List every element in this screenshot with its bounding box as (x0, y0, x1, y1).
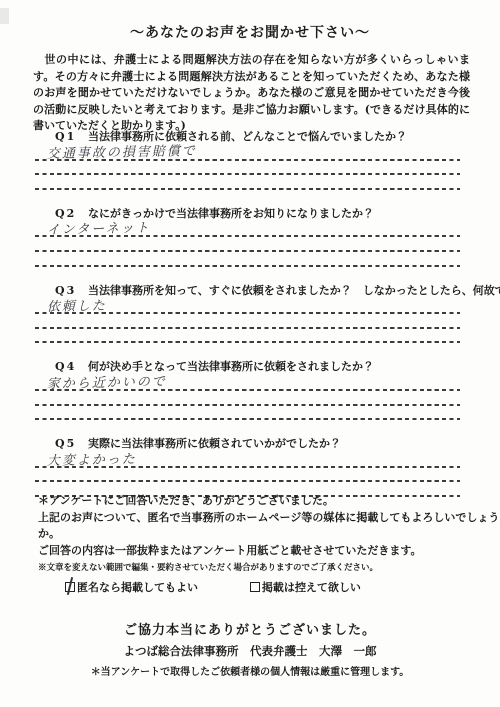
answer-line (35, 254, 460, 269)
dashed-rule (35, 341, 460, 343)
answer-line: 大変よかった (35, 455, 460, 470)
dashed-rule (35, 480, 460, 482)
choice-anonymous-ok-label: 匿名なら掲載してもよい (77, 581, 198, 594)
footer-publish-request: 上記のお声について、匿名で当事務所のホームページ等の媒体に掲載してもよろしいでし… (0, 510, 500, 543)
dashed-rule (35, 418, 460, 420)
choice-anonymous-ok: 匿名なら掲載してもよい (65, 579, 198, 595)
answer-line (35, 408, 460, 423)
question-block: Q5実際に当法律事務所に依頼されていかがでしたか？ 大変よかった (0, 435, 500, 499)
answer-area: インターネット (35, 225, 460, 269)
choice-no-publish-label: 掲載は控えて欲しい (262, 581, 361, 594)
office-signature: よつば総合法律事務所 代表弁護士 大澤 一郎 (0, 643, 500, 659)
question-block: Q4何が決め手となって当法律事務所に依頼をされましたか？ 家から近かいので (0, 358, 500, 422)
question-block: Q2なにがきっかけで当法律事務所をお知りになりましたか？ インターネット (0, 205, 500, 269)
answer-area: 依頼した (35, 302, 460, 346)
dashed-rule (35, 188, 460, 190)
checkbox-anonymous-ok-icon (65, 582, 75, 592)
handwritten-answer: インターネット (47, 217, 151, 238)
publish-choice-row: 匿名なら掲載してもよい 掲載は控えて欲しい (0, 579, 500, 595)
footer-excerpt-note: ご回答の内容は一部抜粋またはアンケート用紙ごと載せさせていただきます。 (0, 543, 500, 560)
answer-line: 家から近かいので (35, 378, 460, 393)
footer-thanks-note: ＊アンケートにご回答いただき、ありがとうございました。 (0, 493, 500, 510)
answer-line (35, 331, 460, 346)
question-list: Q1当法律事務所に依頼される前、どんなことで悩んでいましたか？ 交通事故の損害賠… (0, 128, 500, 512)
answer-area: 交通事故の損害賠償で (35, 148, 460, 192)
answer-line (35, 316, 460, 331)
footer-edit-note: ※文章を変えない範囲で編集・要約させていただく場合がありますのでご了承ください。 (0, 561, 500, 575)
dashed-rule (35, 404, 460, 406)
handwritten-answer: 家から近かいので (47, 370, 167, 392)
handwritten-answer: 大変よかった (47, 448, 137, 469)
privacy-note: ＊当アンケートで取得したご依頼者様の個人情報は厳重に管理します。 (0, 663, 500, 678)
dashed-rule (35, 173, 460, 175)
handwritten-answer: 交通事故の損害賠償で (47, 139, 197, 161)
question-text: 当法律事務所を知って、すぐに依頼をされましたか？ しなかったとしたら、何故ですか… (88, 284, 500, 297)
answer-line: インターネット (35, 225, 460, 240)
dashed-rule (35, 250, 460, 252)
handwritten-answer: 依頼した (47, 295, 107, 315)
choice-no-publish: 掲載は控えて欲しい (250, 579, 361, 595)
question-block: Q3当法律事務所を知って、すぐに依頼をされましたか？ しなかったとしたら、何故で… (0, 282, 500, 346)
checkbox-no-publish-icon (250, 582, 260, 592)
answer-line (35, 239, 460, 254)
closing-thanks: ご協力本当にありがとうございました。 (0, 619, 500, 638)
answer-line (35, 163, 460, 178)
page-title: 〜あなたのお声をお聞かせ下さい〜 (0, 22, 500, 42)
answer-line (35, 470, 460, 485)
answer-line (35, 393, 460, 408)
footer-section: ＊アンケートにご回答いただき、ありがとうございました。 上記のお声について、匿名… (0, 493, 500, 678)
question-block: Q1当法律事務所に依頼される前、どんなことで悩んでいましたか？ 交通事故の損害賠… (0, 128, 500, 192)
intro-paragraph: 世の中には、弁護士による問題解決方法の存在を知らない方が多くいらっしゃいます。そ… (33, 52, 470, 135)
answer-line: 依頼した (35, 302, 460, 317)
dashed-rule (35, 327, 460, 329)
answer-line (35, 177, 460, 192)
answer-area: 家から近かいので (35, 378, 460, 422)
answer-line: 交通事故の損害賠償で (35, 148, 460, 163)
dashed-rule (35, 265, 460, 267)
